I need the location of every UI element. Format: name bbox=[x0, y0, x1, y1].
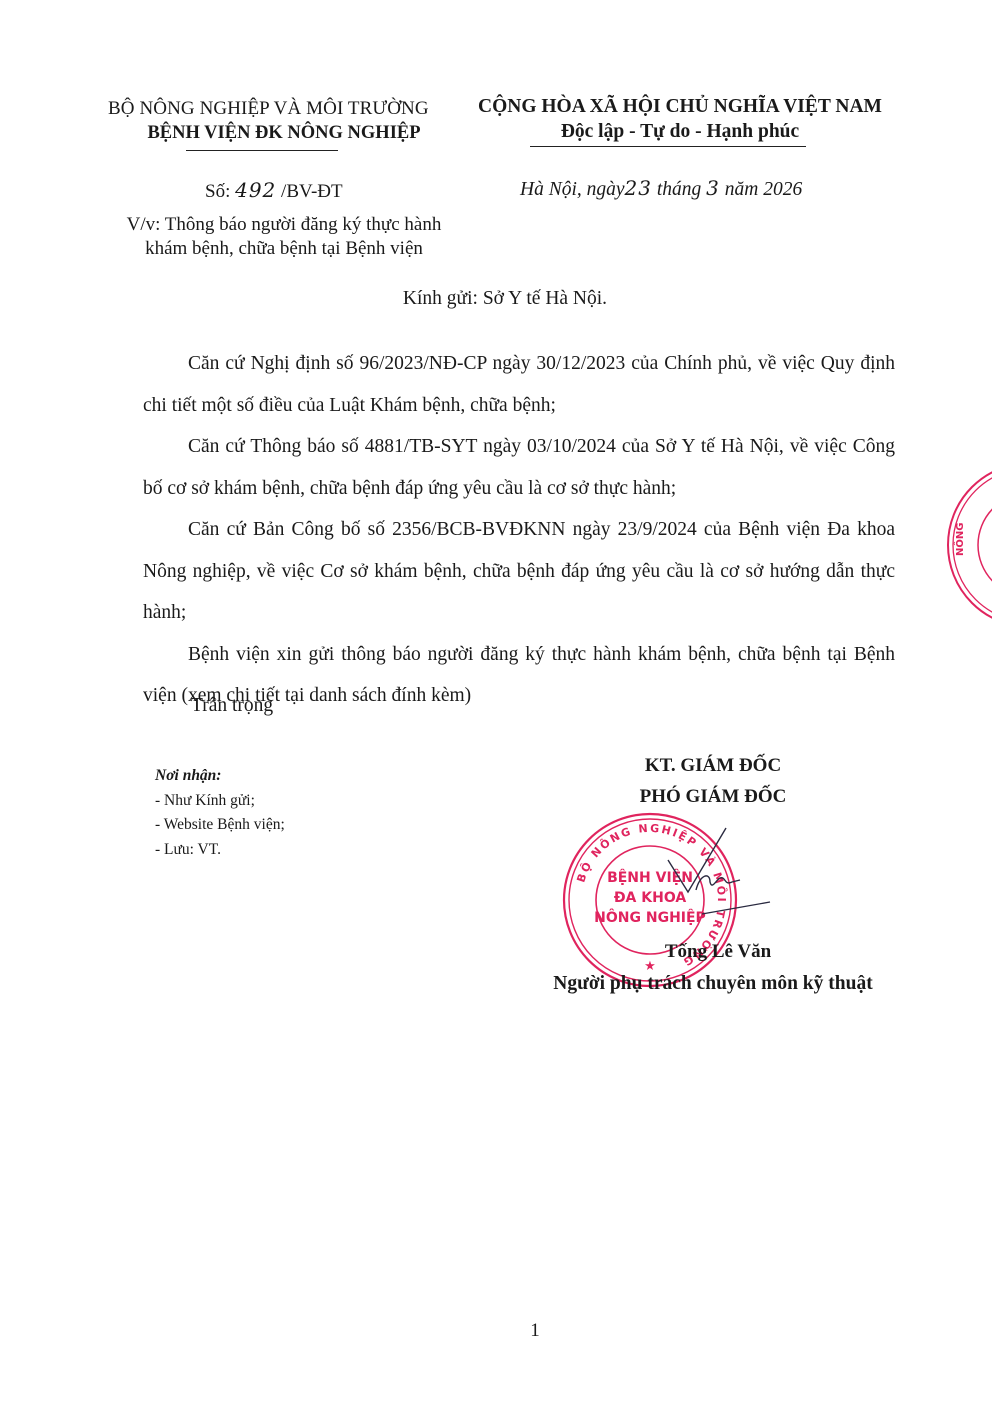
closing: Trân trọng bbox=[191, 695, 273, 717]
hospital-underline bbox=[186, 150, 338, 151]
document-body: Căn cứ Nghị định số 96/2023/NĐ-CP ngày 3… bbox=[143, 343, 895, 717]
signature-line-1: KT. GIÁM ĐỐC bbox=[515, 750, 911, 781]
body-paragraph: Căn cứ Bản Công bố số 2356/BCB-BVĐKNN ng… bbox=[143, 509, 895, 634]
document-number-label: Số: bbox=[205, 181, 230, 202]
recipient-item: - Website Bệnh viện; bbox=[155, 813, 285, 838]
signer-role: Người phụ trách chuyên môn kỹ thuật bbox=[515, 973, 911, 995]
document-subject: V/v: Thông báo người đăng ký thực hành k… bbox=[100, 213, 468, 261]
national-motto: Độc lập - Tự do - Hạnh phúc bbox=[460, 121, 900, 143]
signer-name: Tống Lê Văn bbox=[598, 941, 838, 963]
signature-block: KT. GIÁM ĐỐC PHÓ GIÁM ĐỐC bbox=[515, 750, 911, 812]
hospital-name: BỆNH VIỆN ĐK NÔNG NGHIỆP bbox=[108, 123, 460, 144]
national-title: CỘNG HÒA XÃ HỘI CHỦ NGHĨA VIỆT NAM bbox=[460, 96, 900, 118]
date-month-handwritten: 3 bbox=[706, 176, 720, 200]
motto-underline bbox=[530, 146, 806, 147]
recipient-item: - Lưu: VT. bbox=[155, 838, 285, 863]
body-paragraph: Căn cứ Nghị định số 96/2023/NĐ-CP ngày 3… bbox=[143, 343, 895, 426]
date-day-handwritten: 23 bbox=[625, 176, 652, 200]
document-number-handwritten: 492 bbox=[235, 178, 276, 202]
document-number-suffix: /BV-ĐT bbox=[281, 181, 343, 202]
date-year: năm 2026 bbox=[725, 179, 802, 200]
signature-line-2: PHÓ GIÁM ĐỐC bbox=[515, 781, 911, 812]
page-number: 1 bbox=[520, 1320, 550, 1342]
greeting: Kính gửi: Sở Y tế Hà Nội. bbox=[0, 288, 992, 310]
recipients-block: Nơi nhận: - Như Kính gửi; - Website Bệnh… bbox=[155, 764, 285, 862]
subject-line-2: khám bệnh, chữa bệnh tại Bệnh viện bbox=[100, 237, 468, 261]
recipients-title: Nơi nhận: bbox=[155, 764, 285, 789]
subject-line-1: V/v: Thông báo người đăng ký thực hành bbox=[100, 213, 468, 237]
ministry-name: BỘ NÔNG NGHIỆP VÀ MÔI TRƯỜNG bbox=[108, 98, 429, 120]
edge-stamp-text: NÔNG bbox=[953, 523, 966, 556]
document-number: Số: 492 /BV-ĐT bbox=[205, 178, 343, 203]
handwritten-signature bbox=[640, 820, 780, 930]
body-paragraph: Căn cứ Thông báo số 4881/TB-SYT ngày 03/… bbox=[143, 426, 895, 509]
date-month-label: tháng bbox=[657, 179, 701, 200]
recipient-item: - Như Kính gửi; bbox=[155, 789, 285, 814]
edge-stamp-fragment: NÔNG bbox=[945, 460, 992, 630]
document-date: Hà Nội, ngày23 tháng 3 năm 2026 bbox=[520, 176, 802, 201]
date-prefix: Hà Nội, ngày bbox=[520, 179, 625, 200]
